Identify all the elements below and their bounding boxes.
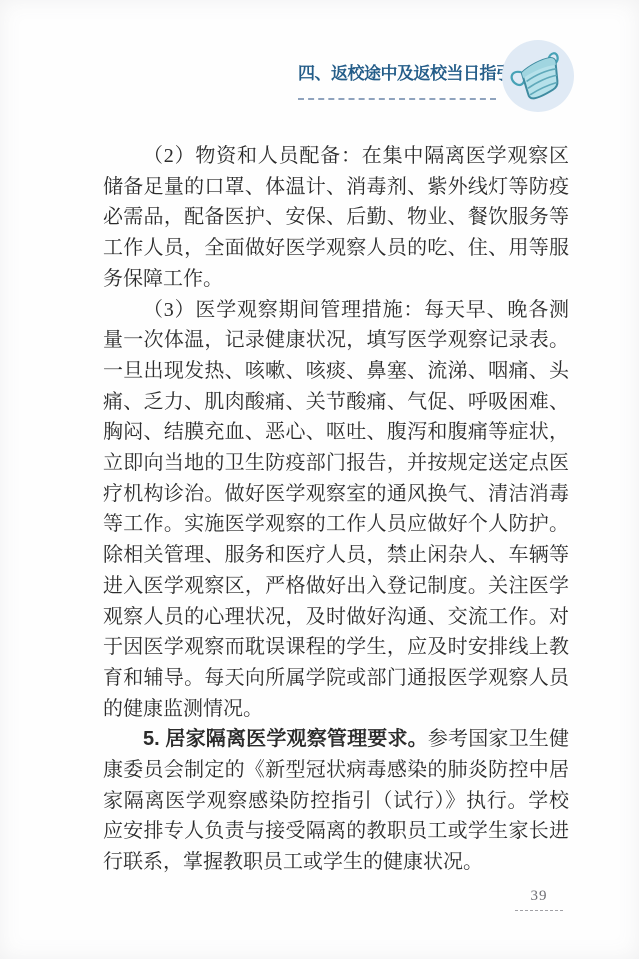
- document-page: 四、返校途中及返校当日指引 （2）物资和人员配备：在集中隔离医学: [0, 0, 639, 959]
- body-paragraph-3: （3）医学观察期间管理措施：每天早、晚各测量一次体温，记录健康状况，填写医学观察…: [103, 295, 569, 725]
- body-paragraph-5: 5. 居家隔离医学观察管理要求。参考国家卫生健康委员会制定的《新型冠状病毒感染的…: [103, 724, 569, 878]
- section-title: 四、返校途中及返校当日指引: [298, 59, 498, 84]
- page-number-dashes: [515, 910, 563, 911]
- face-mask-icon: [502, 40, 574, 112]
- page-number: 39: [515, 888, 563, 905]
- body-paragraph-2: （2）物资和人员配备：在集中隔离医学观察区储备足量的口罩、体温计、消毒剂、紫外线…: [103, 141, 569, 295]
- page-header: 四、返校途中及返校当日指引: [298, 59, 498, 100]
- title-underline-dashes: [298, 98, 496, 100]
- page-footer: 39: [515, 888, 563, 911]
- paragraph-lead-bold: 5. 居家隔离医学观察管理要求。: [143, 728, 428, 750]
- body-text: （2）物资和人员配备：在集中隔离医学观察区储备足量的口罩、体温计、消毒剂、紫外线…: [103, 141, 569, 878]
